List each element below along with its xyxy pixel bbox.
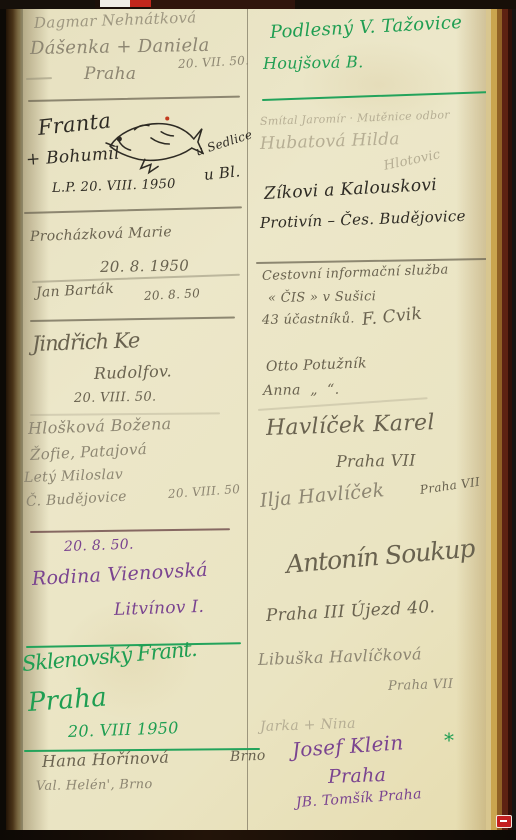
signature-line: Dášenka + Daniela [30,37,210,58]
bookmark-fragment-white [100,0,130,7]
signature-name: Zíkovi a Kalouskovi [264,177,438,203]
signature-name: Podlesný V. Tažovice [270,14,463,42]
signature-date: 20. 8. 1950 [100,258,189,275]
signature-city: Rudolfov. [94,363,172,382]
book-left-edge [0,0,6,840]
signature-city: Praha [27,685,108,716]
signature-name: Hlošková Božena [28,416,172,437]
signature-date: 20. 8. 50 [144,287,201,302]
signature-name: Libuška Havlíčková [258,646,422,668]
signature-date: 20. VIII. 50. [74,391,157,405]
entry-separator-rule [28,96,240,102]
entry-separator-rule [30,528,230,533]
signature-name: Letý Miloslav [24,468,124,485]
signature-name: Otto Potužník [266,356,367,374]
entry-separator-rule [30,316,235,322]
signature-city: Brno [230,749,266,764]
page-stack-edge [486,0,516,840]
fish-sketch-drawing [104,110,204,176]
signature-city: Praha [84,66,136,83]
signature-city: Praha [328,766,387,787]
signature-name: Havlíček Karel [266,412,435,440]
signature-date: 20. VIII 1950 [68,720,179,740]
signature-place: Protivín – Čes. Budějovice [260,209,466,231]
signature-line: 43 účastníků. [262,312,355,327]
signature-name: F. Cvik [361,306,423,329]
entry-separator-rule [24,206,242,214]
signature-name: Hubatová Hilda [260,131,400,153]
signature-line: Smítal Jaromír · Mutěnice odbor [260,109,450,127]
bookmark-fragment-red [130,0,151,7]
signature-name: Houjšová B. [263,54,364,72]
signature-name: Franta [37,110,112,139]
signature-line: Val. Helén', Brno [36,778,153,793]
red-ink-speck [165,116,169,120]
signature-city: Praha VII [336,453,416,470]
signature-date: 20. VII. 50. [178,54,250,70]
signature-name: Rodina Vienovská [32,561,209,589]
signature-line: JB. Tomšík Praha [296,787,423,810]
book-top-edge [0,0,516,9]
signature-date: 20. VIII. 50 [168,483,241,500]
signature-name: Jan Barták [36,282,115,300]
signature-address: Praha III Újezd 40. [266,599,436,625]
signature-line: Jarka + Nina [260,717,356,734]
signature-name: Ilja Havlíček [259,481,385,511]
signature-name: Josef Klein [291,732,404,760]
watermark-dash [500,820,507,822]
signature-place: u Bl. [203,164,241,183]
signature-name: Antonín Soukup [285,536,475,577]
entry-separator-rule [258,397,428,411]
signature-place: Hlotovic [383,148,442,173]
signature-name: Hana Hořínová [42,750,170,770]
book-binding-gutter [6,0,23,840]
signature-city: Č. Budějovice [26,490,127,509]
page-shadow [456,0,486,840]
signature-city: Litvínov I. [114,599,205,619]
signature-name: Anna „ “. [263,383,340,398]
signature-name: Jindřich Ke [32,330,140,355]
signature-name: Procházková Marie [30,225,172,244]
signature-date: L.P. 20. VIII. 1950 [52,178,176,195]
signature-line: Cestovní informační služba [262,263,449,283]
signature-line: « ČIS » v Sušici [268,290,376,305]
signature-line: Dagmar Nehnátková [34,10,197,31]
book-bottom-edge [0,830,516,840]
green-ink-mark: * [444,730,454,750]
signature-name: Žofie, Patajová [30,442,148,463]
red-watermark-icon [496,815,512,828]
signature-city: Praha VII [388,678,454,693]
guestbook-scan-page: Dagmar Nehnátková Dášenka + Daniela Prah… [0,0,516,840]
signature-date: 20. 8. 50. [64,538,134,554]
